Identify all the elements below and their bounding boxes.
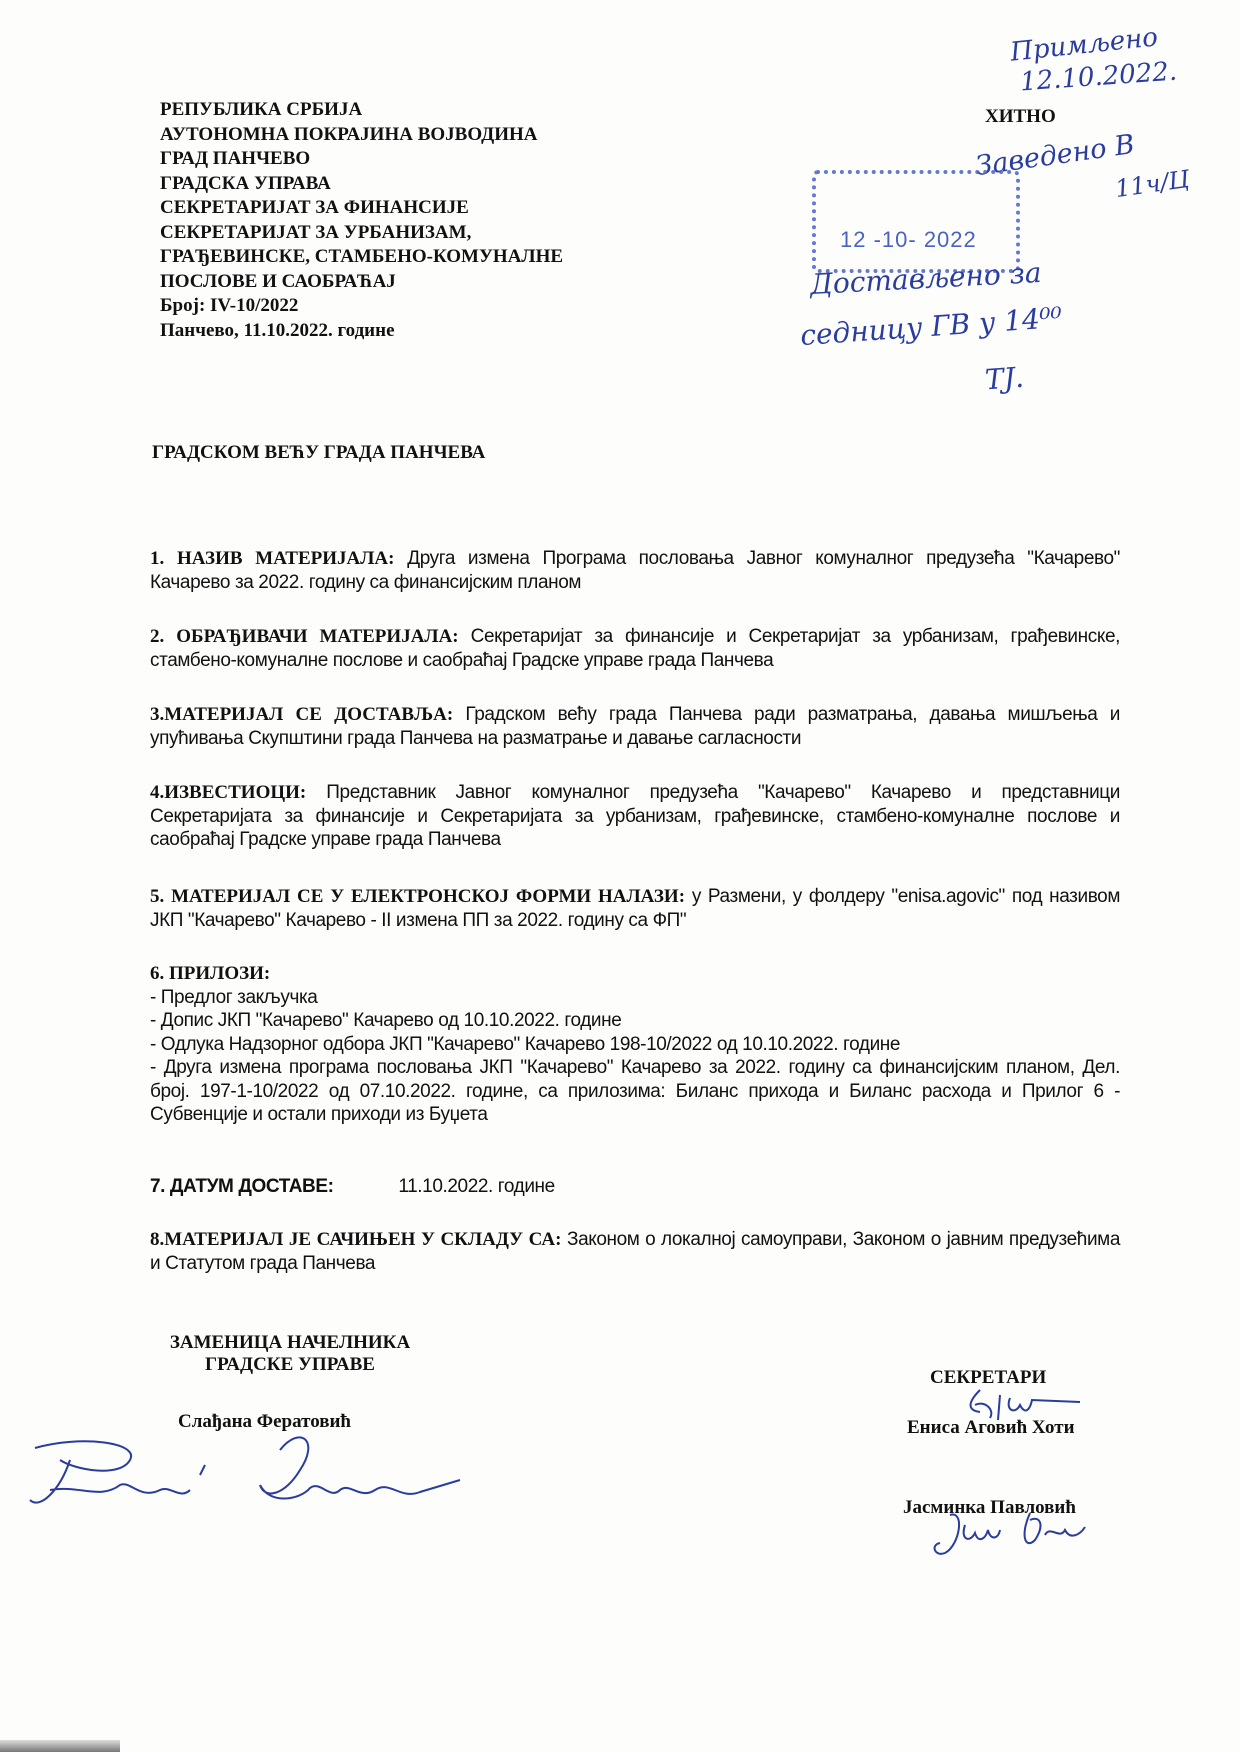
item-material-name: 1. НАЗИВ МАТЕРИЈАЛА: Друга измена Програ… [150,547,1120,594]
attachments-section: 6. ПРИЛОЗИ: - Предлог закључка - Допис Ј… [150,962,1120,1127]
item-label: 4.ИЗВЕСТИОЦИ: [150,782,306,803]
stamp-date: 12 -10- 2022 [840,227,977,253]
document-date: Панчево, 11.10.2022. године [160,319,563,344]
delivery-date-value: 11.10.2022. године [398,1176,554,1197]
item-electronic-location: 5. МАТЕРИЈАЛ СЕ У ЕЛЕКТРОНСКОЈ ФОРМИ НАЛ… [150,885,1120,932]
header-line-secretariat-finance: СЕКРЕТАРИЈАТ ЗА ФИНАНСИЈЕ [160,196,563,221]
delivery-date-row: 7. ДАТУМ ДОСТАВЕ: 11.10.2022. године [150,1175,1120,1199]
signature-left [20,1430,470,1520]
attachments-label: 6. ПРИЛОЗИ: [150,962,1120,986]
deputy-chief-title-2: ГРАДСКЕ УПРАВЕ [130,1354,450,1376]
attachment-item: - Предлог закључка [150,986,1120,1010]
header-line-country: РЕПУБЛИКА СРБИЈА [160,98,563,123]
item-reporters: 4.ИЗВЕСТИОЦИ: Представник Јавног комунал… [150,781,1120,852]
item-material-delivered-to: 3.МАТЕРИЈАЛ СЕ ДОСТАВЉА: Градском већу г… [150,703,1120,750]
secretary-name-1: Ениса Аговић Хоти [907,1417,1075,1439]
header-line-city: ГРАД ПАНЧЕВО [160,147,563,172]
handwritten-session: седницу ГВ у 14⁰⁰ [799,301,1063,352]
header-line-province: АУТОНОМНА ПОКРАЈИНА ВОЈВОДИНА [160,123,563,148]
item-label: 3.МАТЕРИЈАЛ СЕ ДОСТАВЉА: [150,704,453,725]
attachment-item: - Одлука Надзорног одбора ЈКП "Качарево"… [150,1033,1120,1057]
handwritten-initials: ТЈ. [984,361,1025,397]
header-line-administration: ГРАДСКА УПРАВА [160,172,563,197]
compliance-label: 8.МАТЕРИЈАЛ ЈЕ САЧИЊЕН У СКЛАДУ СА: [150,1229,561,1250]
header-line-secretariat-urbanism-2: ГРАЂЕВИНСКЕ, СТАМБЕНО-КОМУНАЛНЕ [160,245,563,270]
document-number: Број: IV-10/2022 [160,294,563,319]
signature-right-2 [920,1505,1100,1560]
attachment-item: - Допис ЈКП "Качарево" Качарево од 10.10… [150,1009,1120,1033]
urgent-label: ХИТНО [985,106,1056,128]
attachment-item: - Друга измена програма пословања ЈКП "К… [150,1056,1120,1127]
addressee: ГРАДСКОМ ВЕЋУ ГРАДА ПАНЧЕВА [152,442,485,464]
item-label: 2. ОБРАЂИВАЧИ МАТЕРИЈАЛА: [150,626,459,647]
item-material-authors: 2. ОБРАЂИВАЧИ МАТЕРИЈАЛА: Секретаријат з… [150,625,1120,672]
deputy-chief-block: ЗАМЕНИЦА НАЧЕЛНИКА ГРАДСКЕ УПРАВЕ [130,1332,450,1376]
delivery-date-label: 7. ДАТУМ ДОСТАВЕ: [150,1176,334,1197]
deputy-chief-title: ЗАМЕНИЦА НАЧЕЛНИКА [130,1332,450,1354]
header-line-secretariat-urbanism-3: ПОСЛОВЕ И САОБРАЋАЈ [160,270,563,295]
compliance-section: 8.МАТЕРИЈАЛ ЈЕ САЧИЊЕН У СКЛАДУ СА: Зако… [150,1228,1120,1275]
item-label: 1. НАЗИВ МАТЕРИЈАЛА: [150,548,394,569]
scan-edge-shadow [0,1740,120,1752]
receipt-stamp [812,170,1020,273]
handwritten-note-top-2: 11ч/Ц [1113,165,1191,203]
header-line-secretariat-urbanism: СЕКРЕТАРИЈАТ ЗА УРБАНИЗАМ, [160,221,563,246]
document-header: РЕПУБЛИКА СРБИЈА АУТОНОМНА ПОКРАЈИНА ВОЈ… [160,98,563,343]
item-label: 5. МАТЕРИЈАЛ СЕ У ЕЛЕКТРОНСКОЈ ФОРМИ НАЛ… [150,886,685,907]
